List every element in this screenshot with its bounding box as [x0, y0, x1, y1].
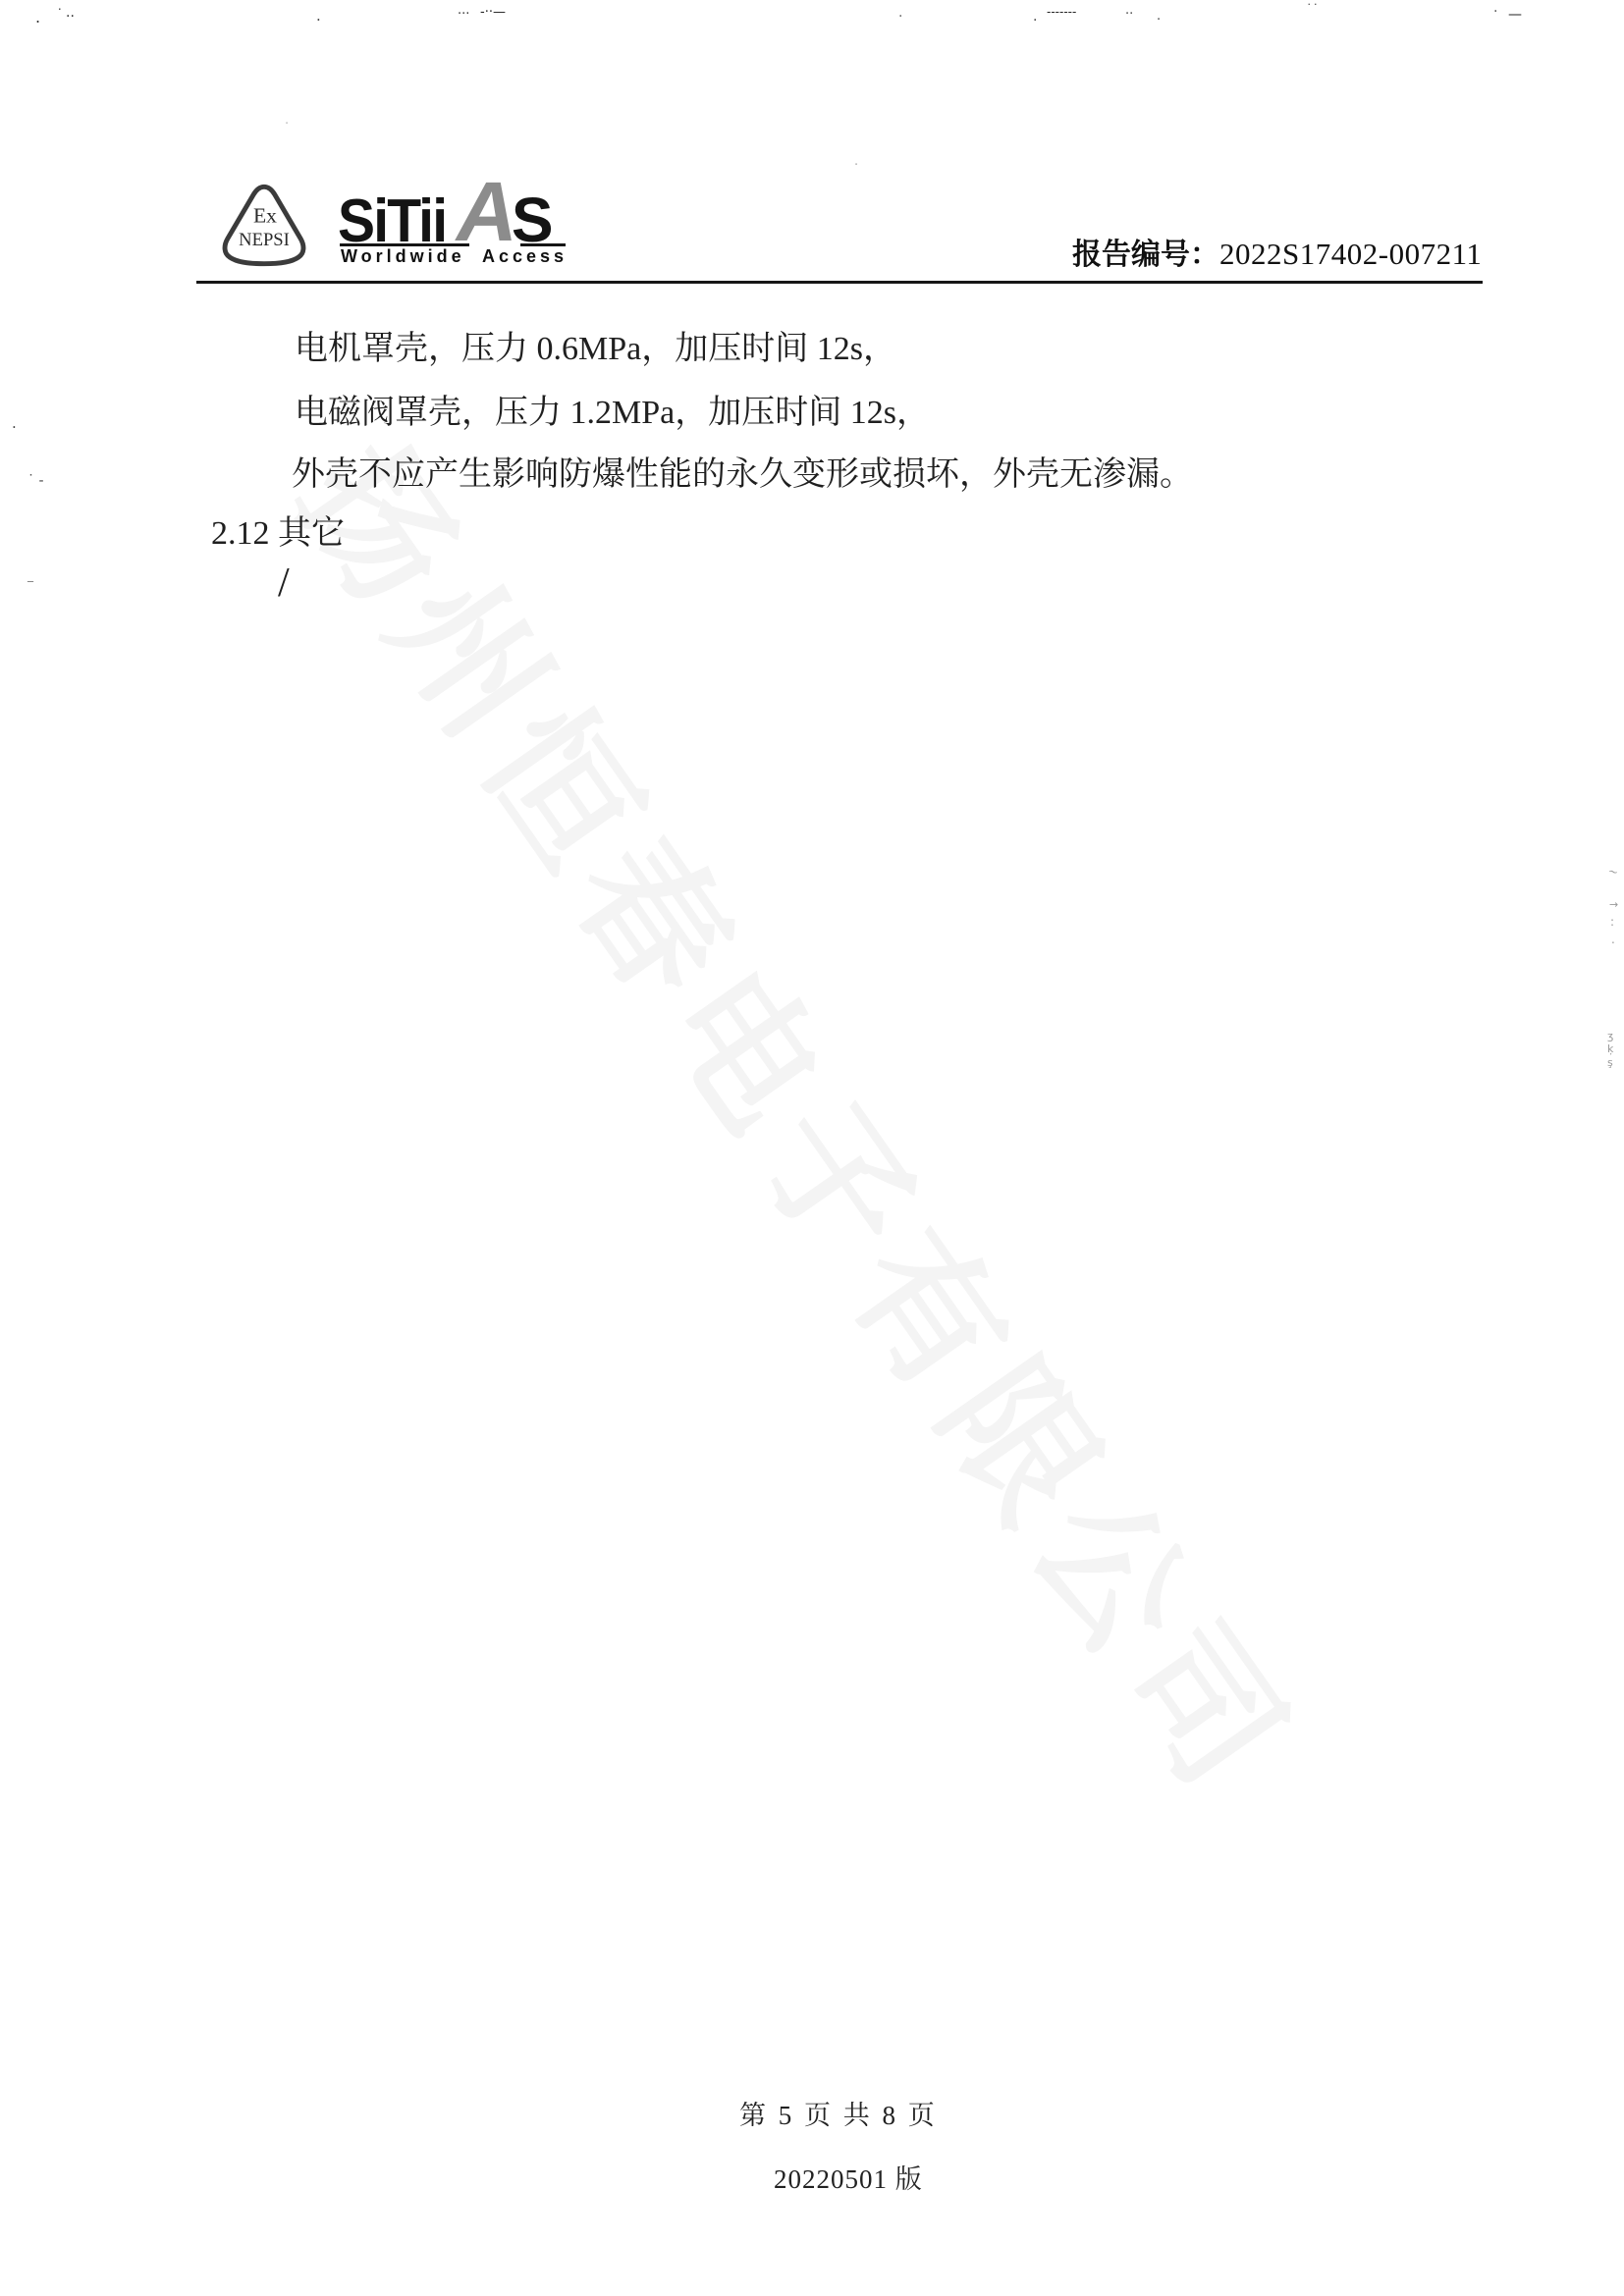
scan-artifact: ķ [1607, 1043, 1613, 1054]
scan-artifact: . [35, 10, 40, 26]
scan-artifact: ·· [1125, 8, 1133, 21]
scan-artifact: . [1611, 934, 1615, 945]
scan-artifact: _ [27, 569, 33, 581]
scan-artifact: ·· [66, 10, 75, 24]
scan-artifact: ˙˙ [1306, 4, 1319, 17]
badge-ex-label: Ex [253, 204, 277, 228]
section-heading-2-12: 2.12 其它 [211, 506, 345, 554]
body-line-3: 外壳不应产生影响防爆性能的永久变形或损坏，外壳无渗漏。 [292, 447, 1193, 495]
document-page: 扬州恒春电子有限公司 Ex NEPSI SiTii A S Worldwide … [0, 0, 1624, 2296]
brand-tagline: Worldwide Access [341, 246, 568, 267]
scan-artifact: . [898, 6, 902, 20]
body-line-2: 电磁阀罩壳，压力 1.2MPa，加压时间 12s， [295, 385, 930, 433]
report-number-row: 报告编号： 2022S17402-007211 [1072, 230, 1482, 273]
report-number-label: 报告编号： [1072, 230, 1219, 273]
brand-letter-a: A [452, 180, 521, 245]
watermark-text: 扬州恒春电子有限公司 [258, 397, 1350, 1829]
scan-artifact: ş [1607, 1057, 1613, 1068]
scan-artifact: ˙ [56, 8, 64, 23]
scan-artifact: ʒ [1607, 1031, 1613, 1041]
scan-artifact: . [316, 9, 321, 24]
scan-artifact: . [1033, 10, 1037, 24]
scan-artifact: ------- [1047, 6, 1076, 18]
scan-artifact: ~ [1607, 865, 1620, 879]
brand-letter-s: S [512, 196, 554, 245]
nepsi-ex-badge-icon: Ex NEPSI [216, 180, 312, 269]
slash-placeholder: / [278, 560, 290, 607]
body-line-1: 电机罩壳，压力 0.6MPa，加压时间 12s， [295, 321, 896, 369]
scan-artifact: · [285, 118, 289, 131]
scan-artifact: ··· [458, 8, 469, 21]
report-number-value: 2022S17402-007211 [1219, 237, 1482, 272]
scan-artifact: . [12, 416, 17, 431]
header-rule [196, 281, 1483, 284]
badge-nepsi-label: NEPSI [239, 230, 290, 250]
scan-artifact: -··— [480, 6, 506, 19]
scan-artifact: · [1493, 5, 1497, 19]
scan-artifact: — [1508, 8, 1522, 22]
scan-artifact: ˙ - [27, 474, 44, 488]
brand-logo: SiTii A S [338, 180, 554, 245]
page-number: 第 5 页 共 8 页 [739, 2094, 938, 2132]
scan-artifact: · [854, 159, 858, 172]
brand-text-main: SiTii [338, 198, 446, 245]
scan-artifact: → [1609, 899, 1618, 910]
scan-artifact: : [1610, 916, 1614, 928]
version-number: 20220501 版 [774, 2158, 923, 2196]
scan-artifact: . [1157, 10, 1161, 23]
